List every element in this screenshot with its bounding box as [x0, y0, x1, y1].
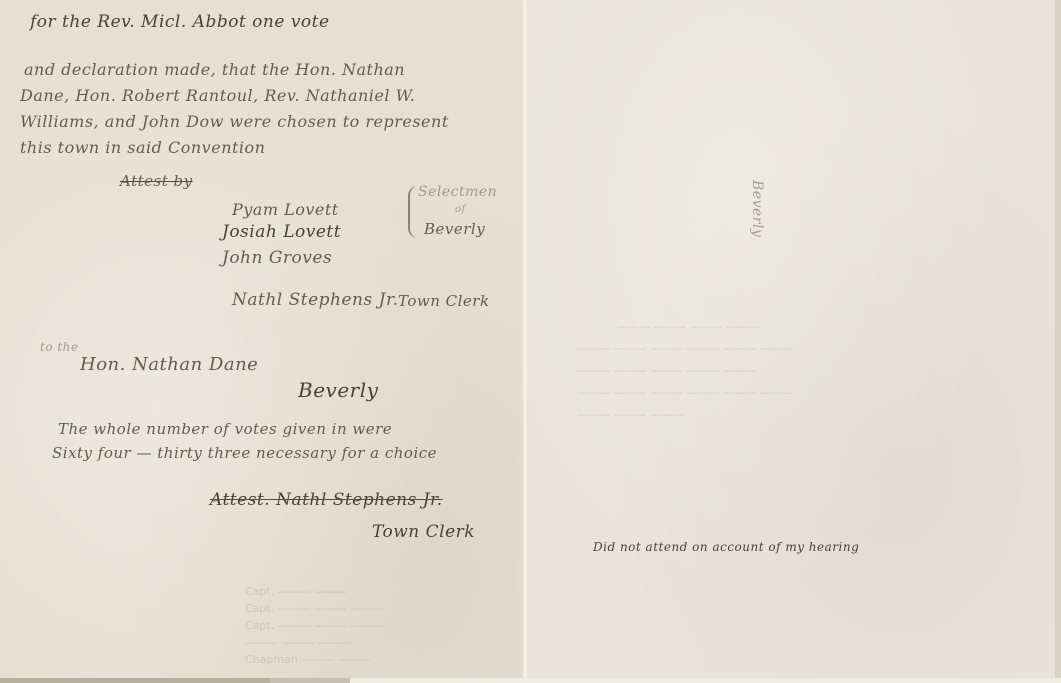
beverly-label: Beverly: [424, 220, 485, 238]
vertical-docket: Beverly: [749, 180, 765, 237]
address-name: Hon. Nathan Dane: [80, 354, 258, 375]
body-line-4: Williams, and John Dow were chosen to re…: [20, 112, 449, 131]
bleed-through-line: ——— ——— ———: [245, 636, 351, 649]
selectmen-label: Selectmen: [418, 184, 497, 200]
signatory-1: Pyam Lovett: [232, 200, 339, 219]
signatory-2: Josiah Lovett: [222, 222, 341, 242]
bleed-through-line: Chapman ——— ———: [245, 653, 371, 666]
right-page: ——— ——— ——— ——— ——— ——— ——— ——— ——— ——— …: [527, 0, 1055, 678]
bleed-through-line: ——— ——— ——— ——— ———: [577, 364, 756, 377]
margin-note: Did not attend on account of my hearing: [593, 540, 859, 554]
body-line-text: for the Rev. Micl. Abbot one vote: [30, 12, 330, 32]
bleed-through-line: ——— ——— ——— ——— ——— ———: [577, 386, 792, 399]
clerk-signature: Nathl Stephens Jr.: [232, 290, 399, 310]
of-label: of: [455, 204, 466, 215]
body-line-5: this town in said Convention: [20, 138, 265, 157]
scan-edge-right: [1055, 0, 1061, 683]
left-page: Capt. ——— ——— Capt. ——— ——— ——— Capt. ——…: [0, 0, 527, 678]
bleed-through-line: Capt. ——— ——— ———: [245, 619, 384, 632]
bleed-through-line: ——— ——— ———: [577, 408, 683, 421]
clerk-title: Town Clerk: [398, 292, 490, 310]
vote-line-2: Sixty four — thirty three necessary for …: [52, 444, 437, 462]
vote-line-1: The whole number of votes given in were: [58, 420, 392, 438]
body-line-2: and declaration made, that the Hon. Nath…: [24, 60, 405, 79]
body-line-3: Dane, Hon. Robert Rantoul, Rev. Nathanie…: [20, 86, 415, 105]
bleed-through-line: ——— ——— ——— ——— ——— ———: [577, 342, 792, 355]
bleed-through-line: Capt. ——— ——— ———: [245, 602, 384, 615]
scan-edge-bottom: [0, 678, 1061, 683]
attest-label: Attest by: [120, 172, 193, 190]
struck-attestation: Attest. Nathl Stephens Jr.: [210, 490, 443, 510]
bleed-through-line: Capt. ——— ———: [245, 585, 347, 598]
document-scan: Capt. ——— ——— Capt. ——— ——— ——— Capt. ——…: [0, 0, 1061, 683]
final-clerk-title: Town Clerk: [372, 522, 475, 542]
signatory-3: John Groves: [222, 248, 332, 268]
address-prefix: to the: [40, 340, 79, 354]
bleed-through-line: ——— ——— ——— ———: [617, 320, 760, 333]
address-place: Beverly: [298, 378, 378, 402]
body-line-1: for the Rev. Micl. Abbot one vote: [30, 12, 330, 32]
